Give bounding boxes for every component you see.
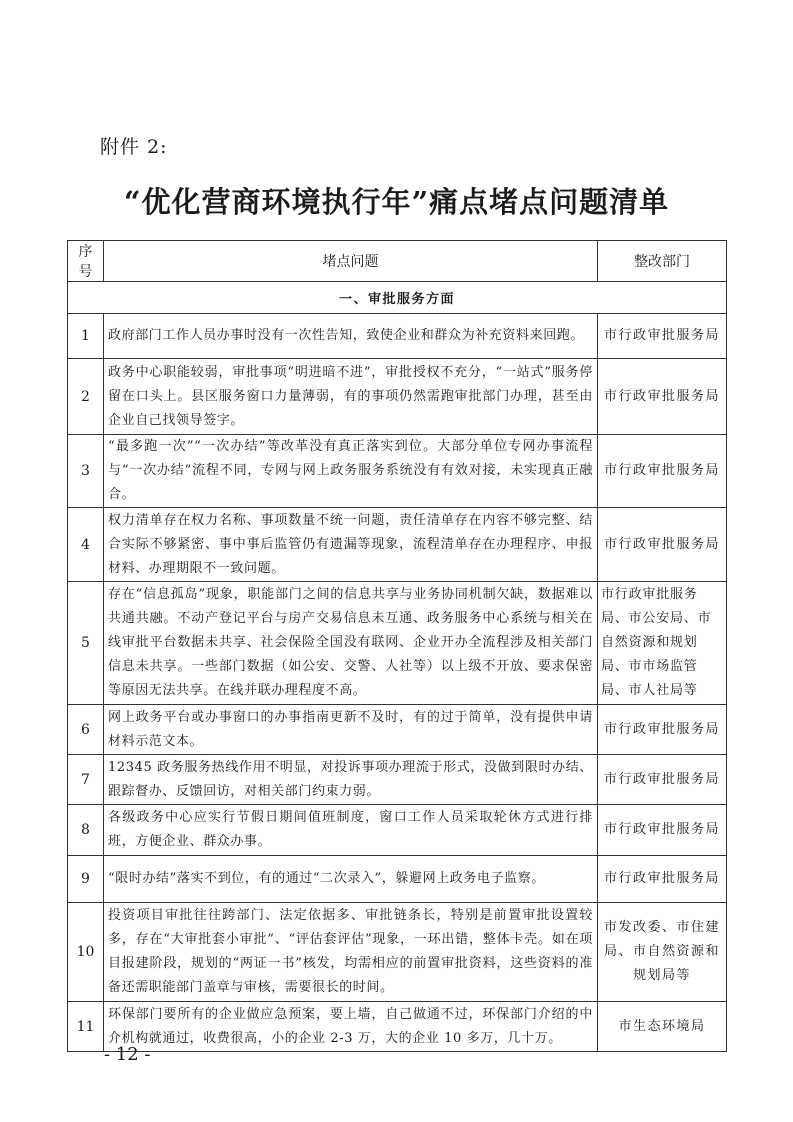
row-dept: 市行政审批服务局 [598,435,727,508]
issue-table: 序号 堵点问题 整改部门 一、审批服务方面 1 政府部门工作人员办事时没有一次性… [67,240,727,1052]
section-title: 一、审批服务方面 [68,282,727,314]
row-number: 3 [68,435,104,508]
header-dept: 整改部门 [598,241,727,282]
row-dept: 市行政审批服务局 [598,508,727,582]
table-row: 8 各级政务中心应实行节假日期间值班制度，窗口工作人员采取轮休方式进行排班，方便… [68,805,727,856]
table-row: 5 存在“信息孤岛”现象，职能部门之间的信息共享与业务协同机制欠缺，数据难以共通… [68,582,727,705]
row-dept: 市行政审批服务局 [598,856,727,903]
row-issue: “限时办结”落实不到位，有的通过“二次录入”，躲避网上政务电子监察。 [104,856,598,903]
table-row: 2 政务中心职能较弱，审批事项“明进暗不进”，审批授权不充分，“一站式”服务停留… [68,359,727,435]
row-issue: 政府部门工作人员办事时没有一次性告知，致使企业和群众为补充资料来回跑。 [104,314,598,359]
header-no: 序号 [68,241,104,282]
row-issue: 存在“信息孤岛”现象，职能部门之间的信息共享与业务协同机制欠缺，数据难以共通共融… [104,582,598,705]
row-issue: 政务中心职能较弱，审批事项“明进暗不进”，审批授权不充分，“一站式”服务停留在口… [104,359,598,435]
row-number: 10 [68,903,104,1002]
table-row: 3 “最多跑一次”“一次办结”等改革没有真正落实到位。大部分单位专网办事流程与“… [68,435,727,508]
header-issue: 堵点问题 [104,241,598,282]
row-number: 7 [68,755,104,805]
table-row: 9 “限时办结”落实不到位，有的通过“二次录入”，躲避网上政务电子监察。 市行政… [68,856,727,903]
row-dept: 市发改委、市住建局、市自然资源和规划局等 [598,903,727,1002]
row-dept: 市生态环境局 [598,1002,727,1052]
row-dept: 市行政审批服务局、市公安局、市自然资源和规划局、市市场监管局、市人社局等 [598,582,727,705]
attachment-label: 附件 2: [100,132,168,159]
row-number: 2 [68,359,104,435]
row-dept: 市行政审批服务局 [598,359,727,435]
row-number: 6 [68,705,104,755]
table-row: 11 环保部门要所有的企业做应急预案，要上墙，自己做通不过，环保部门介绍的中介机… [68,1002,727,1052]
row-number: 1 [68,314,104,359]
document-title: “优化营商环境执行年”痛点堵点问题清单 [0,180,793,221]
row-dept: 市行政审批服务局 [598,705,727,755]
row-issue: 权力清单存在权力名称、事项数量不统一问题，责任清单存在内容不够完整、结合实际不够… [104,508,598,582]
page-number: - 12 - [104,1044,151,1065]
row-issue: 投资项目审批往往跨部门、法定依据多、审批链条长，特别是前置审批设置较多，存在“大… [104,903,598,1002]
table-row: 6 网上政务平台或办事窗口的办事指南更新不及时，有的过于简单，没有提供申请材料示… [68,705,727,755]
row-number: 9 [68,856,104,903]
row-issue: 网上政务平台或办事窗口的办事指南更新不及时，有的过于简单，没有提供申请材料示范文… [104,705,598,755]
row-dept: 市行政审批服务局 [598,805,727,856]
row-dept: 市行政审批服务局 [598,314,727,359]
table-row: 10 投资项目审批往往跨部门、法定依据多、审批链条长，特别是前置审批设置较多，存… [68,903,727,1002]
row-number: 5 [68,582,104,705]
table-row: 7 12345 政务服务热线作用不明显，对投诉事项办理流于形式，没做到限时办结、… [68,755,727,805]
row-number: 4 [68,508,104,582]
table-row: 1 政府部门工作人员办事时没有一次性告知，致使企业和群众为补充资料来回跑。 市行… [68,314,727,359]
row-dept: 市行政审批服务局 [598,755,727,805]
row-issue: “最多跑一次”“一次办结”等改革没有真正落实到位。大部分单位专网办事流程与“一次… [104,435,598,508]
row-issue: 环保部门要所有的企业做应急预案，要上墙，自己做通不过，环保部门介绍的中介机构就通… [104,1002,598,1052]
row-number: 8 [68,805,104,856]
table-row: 4 权力清单存在权力名称、事项数量不统一问题，责任清单存在内容不够完整、结合实际… [68,508,727,582]
section-row: 一、审批服务方面 [68,282,727,314]
row-number: 11 [68,1002,104,1052]
row-issue: 12345 政务服务热线作用不明显，对投诉事项办理流于形式，没做到限时办结、跟踪… [104,755,598,805]
table-header-row: 序号 堵点问题 整改部门 [68,241,727,282]
row-issue: 各级政务中心应实行节假日期间值班制度，窗口工作人员采取轮休方式进行排班，方便企业… [104,805,598,856]
